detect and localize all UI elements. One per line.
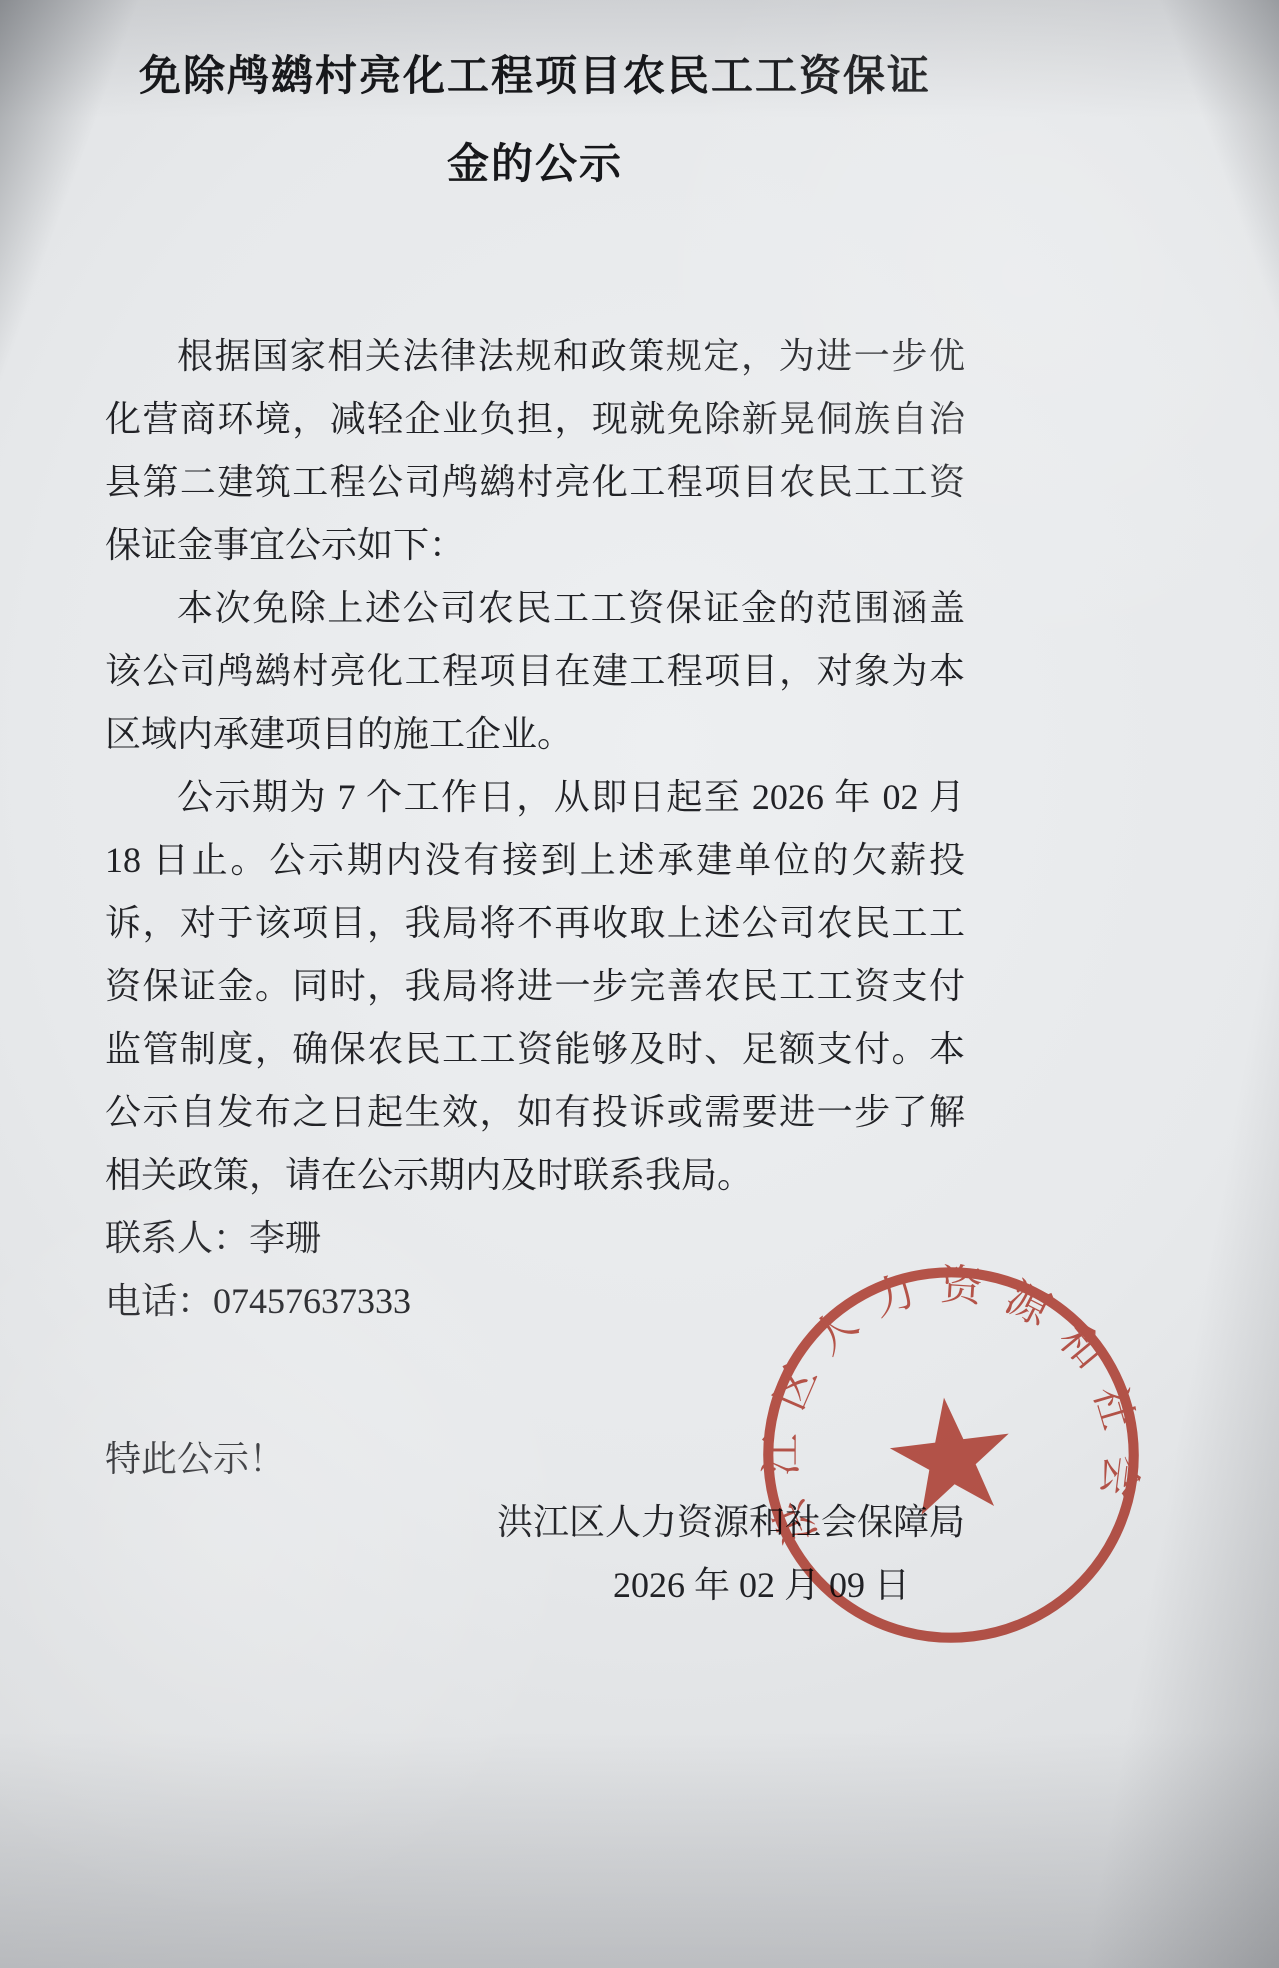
issue-date: 2026 年 02 月 09 日 bbox=[105, 1554, 965, 1617]
notice-title-line1: 免除鸬鹚村亮化工程项目农民工工资保证 bbox=[105, 55, 965, 97]
paragraph-legal-basis: 根据国家相关法律法规和政策规定，为进一步优化营商环境，减轻企业负担，现就免除新晃… bbox=[105, 325, 965, 577]
photographed-paper: 免除鸬鹚村亮化工程项目农民工工资保证 金的公示 根据国家相关法律法规和政策规定，… bbox=[0, 0, 1279, 1968]
contact-phone: 电话：07457637333 bbox=[105, 1270, 965, 1333]
signature-block: 洪江区人力资源和社会保障局 2026 年 02 月 09 日 bbox=[105, 1491, 965, 1617]
paragraph-scope: 本次免除上述公司农民工工资保证金的范围涵盖该公司鸬鹚村亮化工程项目在建工程项目，… bbox=[105, 577, 965, 766]
notice-title-line2: 金的公示 bbox=[105, 143, 965, 185]
notice-body: 根据国家相关法律法规和政策规定，为进一步优化营商环境，减轻企业负担，现就免除新晃… bbox=[105, 325, 965, 1207]
issuer-name: 洪江区人力资源和社会保障局 bbox=[105, 1491, 965, 1554]
notice-document: 免除鸬鹚村亮化工程项目农民工工资保证 金的公示 根据国家相关法律法规和政策规定，… bbox=[105, 0, 965, 1617]
closing-statement: 特此公示！ bbox=[105, 1428, 965, 1491]
contact-person: 联系人：李珊 bbox=[105, 1207, 965, 1270]
paragraph-period: 公示期为 7 个工作日，从即日起至 2026 年 02 月 18 日止。公示期内… bbox=[105, 766, 965, 1207]
